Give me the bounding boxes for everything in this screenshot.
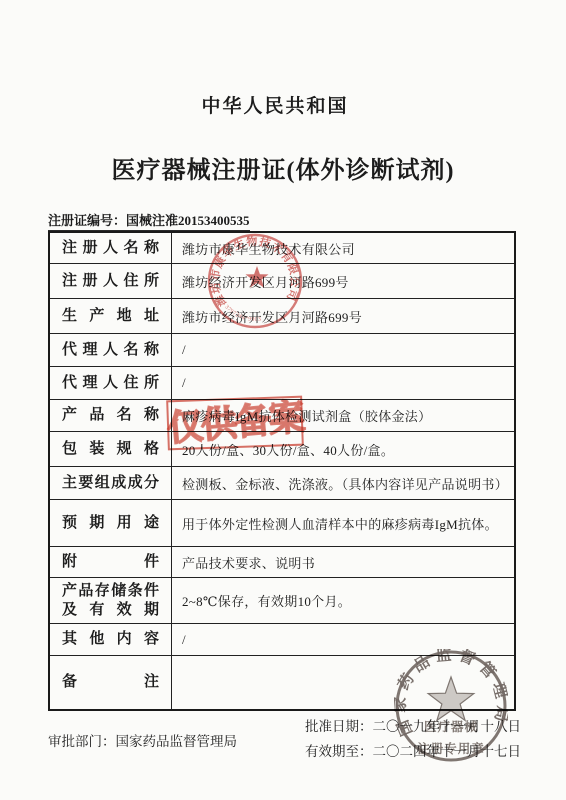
approval-department-value: 国家药品监督管理局 — [116, 734, 238, 749]
cert-number-label: 注册证编号： — [48, 213, 126, 228]
row-label: 主要组成成分 — [62, 474, 159, 493]
row-value: 检测板、金标液、洗涤液。（具体内容详见产品说明书） — [172, 467, 514, 499]
table-row-product-name: 产品名称 麻疹病毒IgM抗体检测试剂盒（胶体金法） — [50, 400, 514, 432]
row-value: 麻疹病毒IgM抗体检测试剂盒（胶体金法） — [172, 400, 514, 431]
row-value: / — [172, 624, 514, 655]
row-label: 产品名称 — [62, 406, 159, 425]
table-row-registrant-name: 注册人名称 潍坊市康华生物技术有限公司 — [50, 233, 514, 264]
row-value — [172, 656, 514, 709]
row-label: 生产地址 — [62, 307, 159, 326]
row-value: 产品技术要求、说明书 — [172, 547, 514, 577]
approval-department-label: 审批部门： — [48, 734, 116, 749]
registration-table: 注册人名称 潍坊市康华生物技术有限公司 注册人住所 潍坊经济开发区月河路699号… — [48, 231, 516, 711]
row-label: 代理人住所 — [62, 374, 159, 393]
row-value: 20人份/盒、30人份/盒、40人份/盒。 — [172, 432, 514, 466]
document-title: 医疗器械注册证(体外诊断试剂) — [0, 150, 566, 185]
row-value: 用于体外定性检测人血清样本中的麻疹病毒IgM抗体。 — [172, 500, 514, 546]
row-value: / — [172, 367, 514, 399]
row-label: 代理人名称 — [62, 341, 159, 360]
row-label: 注册人名称 — [62, 239, 159, 258]
row-value: 潍坊市康华生物技术有限公司 — [172, 233, 514, 263]
row-value: 潍坊经济开发区月河路699号 — [172, 264, 514, 298]
table-row-other-content: 其他内容 / — [50, 624, 514, 656]
approval-date-label: 批准日期： — [305, 719, 373, 734]
row-label: 备注 — [62, 673, 159, 692]
date-lines: 批准日期：二〇一九年十一月十八日 有效期至：二〇二四年十一月十七日 — [305, 714, 521, 764]
certificate-document: 中华人民共和国 医疗器械注册证(体外诊断试剂) 注册证编号：国械注准201534… — [0, 0, 566, 800]
table-row-intended-use: 预期用途 用于体外定性检测人血清样本中的麻疹病毒IgM抗体。 — [50, 500, 514, 547]
row-value: 潍坊市经济开发区月河路699号 — [172, 299, 514, 333]
row-label: 预期用途 — [62, 514, 159, 533]
valid-until-label: 有效期至： — [305, 744, 373, 759]
table-row-remarks: 备注 — [50, 656, 514, 709]
table-row-registrant-address: 注册人住所 潍坊经济开发区月河路699号 — [50, 264, 514, 299]
approval-date-value: 二〇一九年十一月十八日 — [373, 719, 522, 734]
row-value: / — [172, 334, 514, 366]
table-row-agent-address: 代理人住所 / — [50, 367, 514, 400]
cert-number-line: 注册证编号：国械注准20153400535 — [48, 210, 250, 231]
document-title-country: 中华人民共和国 — [0, 91, 550, 118]
cert-number-value: 国械注准20153400535 — [126, 213, 250, 228]
table-row-main-components: 主要组成成分 检测板、金标液、洗涤液。（具体内容详见产品说明书） — [50, 467, 514, 500]
table-row-attachments: 附件 产品技术要求、说明书 — [50, 547, 514, 578]
table-row-storage-validity: 产品存储条件及有效期 2~8℃保存，有效期10个月。 — [50, 578, 514, 624]
row-value: 2~8℃保存，有效期10个月。 — [172, 578, 514, 623]
approval-date-line: 批准日期：二〇一九年十一月十八日 — [305, 714, 521, 739]
row-label: 产品存储条件及有效期 — [62, 582, 159, 620]
table-row-agent-name: 代理人名称 / — [50, 334, 514, 367]
valid-until-value: 二〇二四年十一月十七日 — [373, 744, 522, 759]
table-row-packaging-spec: 包装规格 20人份/盒、30人份/盒、40人份/盒。 — [50, 432, 514, 467]
row-label: 注册人住所 — [62, 272, 159, 291]
valid-until-line: 有效期至：二〇二四年十一月十七日 — [305, 739, 521, 764]
row-label: 附件 — [62, 553, 159, 572]
table-row-production-address: 生产地址 潍坊市经济开发区月河路699号 — [50, 299, 514, 334]
row-label: 包装规格 — [62, 440, 159, 459]
row-label: 其他内容 — [62, 630, 159, 649]
approval-department-line: 审批部门：国家药品监督管理局 — [48, 730, 237, 750]
